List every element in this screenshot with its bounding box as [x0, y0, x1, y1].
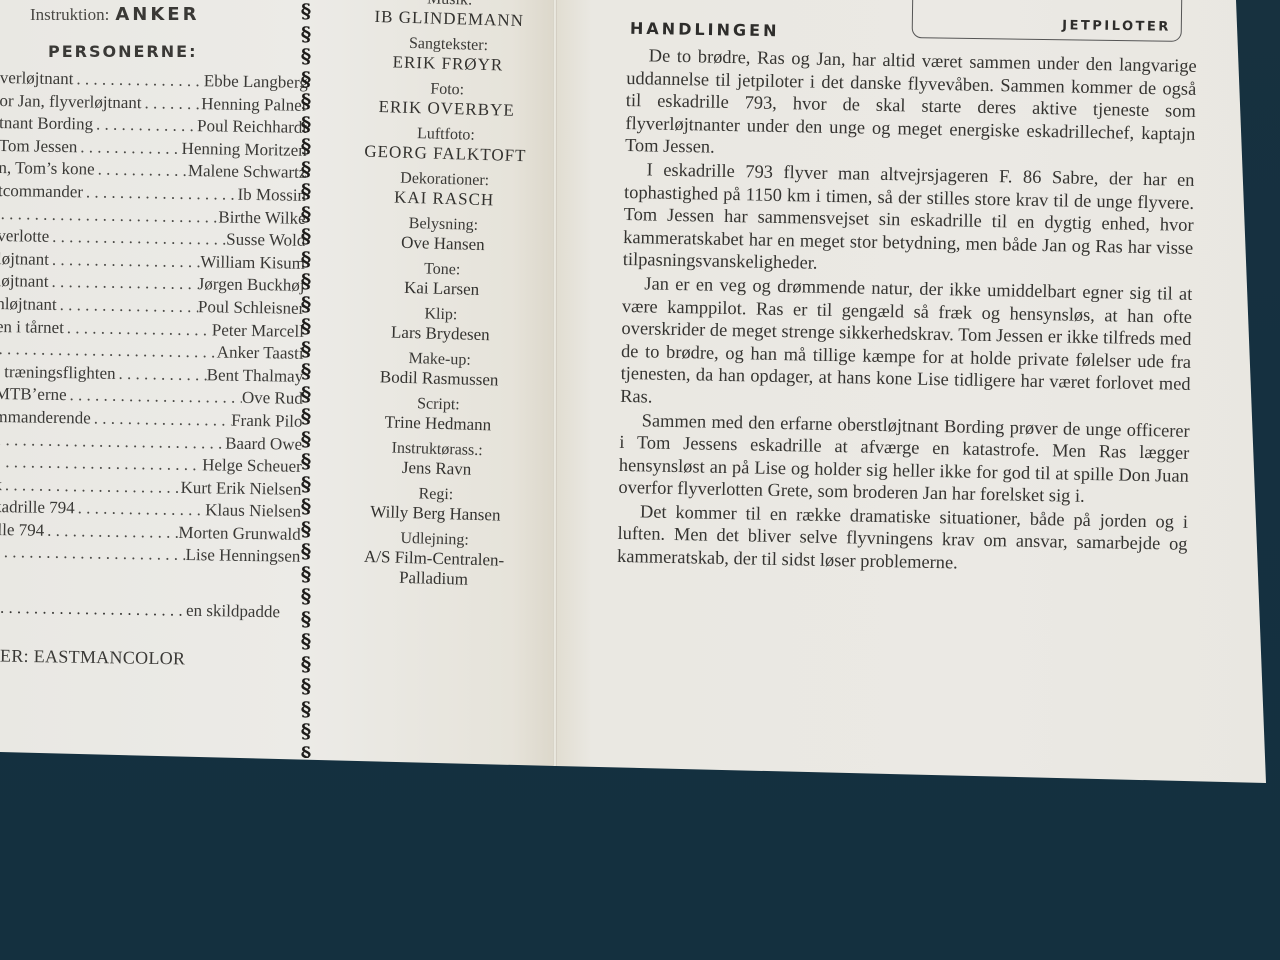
ornament-glyph: §: [301, 203, 311, 226]
leader-dots: [57, 294, 199, 319]
ornament-glyph: §: [301, 45, 311, 68]
cast-role: MTB’erne: [0, 383, 67, 407]
leader-dots: [0, 338, 217, 364]
cast-role: løjtnant: [0, 270, 49, 293]
leader-dots: [0, 598, 186, 621]
cast-role: en i tårnet: [0, 316, 64, 340]
leader-dots: [0, 451, 202, 477]
ornament-glyph: §: [301, 698, 311, 721]
credit-entry: Make-up:Bodil Rasmussen: [329, 347, 550, 392]
leader-dots: [75, 498, 206, 523]
left-page: Instruktion:ANKER PERSONERNE: verløjtnan…: [0, 0, 556, 780]
leader-dots: [0, 203, 219, 229]
synopsis-paragraph: Det kommer til en række dramatiske situa…: [617, 500, 1188, 579]
cast-actor: Frank Pilo: [231, 410, 305, 434]
credit-entry: Luftfoto:GEORG FALKTOFT: [335, 122, 556, 167]
cast-actor: Lise Henningsen: [185, 544, 302, 568]
synopsis-paragraph: Sammen med den erfarne oberstløjtnant Bo…: [618, 408, 1190, 509]
ornament-glyph: §: [301, 225, 311, 248]
cast-role: nløjtnant: [0, 293, 57, 317]
cast-actor: Klaus Nielsen: [205, 500, 303, 524]
ornamental-border: §§§§§§§§§§§§§§§§§§§§§§§§§§§§§§§§§§: [296, 0, 316, 758]
cast-actor: Malene Schwartz: [188, 160, 309, 184]
credit-entry: Klip:Lars Brydesen: [330, 302, 551, 347]
ornament-glyph: §: [301, 585, 311, 608]
cast-actor: Kurt Erik Nielsen: [180, 477, 303, 502]
cast-role: verløjtnant: [0, 67, 74, 91]
ornament-glyph: §: [301, 293, 311, 316]
cast-role: tnant Bording: [0, 112, 93, 136]
ornament-glyph: §: [301, 90, 311, 113]
ornament-glyph: §: [301, 248, 311, 271]
cast-actor: Bent Thalmay: [207, 364, 306, 388]
ornament-glyph: §: [301, 23, 311, 46]
credit-entry: Udlejning:A/S Film-Centralen- Palladium: [323, 527, 545, 592]
synopsis-paragraph: I eskadrille 793 flyver man altvejrsjage…: [623, 158, 1195, 282]
leader-dots: [91, 407, 232, 432]
credit-entry: Instruktørass.:Jens Ravn: [326, 437, 547, 482]
synopsis-heading: HANDLINGEN: [630, 19, 780, 41]
cast-actor: Helge Scheuer: [202, 454, 304, 478]
color-process-line: ER: EASTMANCOLOR: [0, 646, 185, 670]
cast-actor: Henning Palner: [201, 93, 310, 117]
cast-actor: William Kisum: [200, 251, 307, 275]
cast-actor: Jørgen Buckhøj: [198, 273, 307, 297]
cast-role: tcommander: [0, 180, 83, 204]
cast-role: i træningsflighten: [0, 361, 116, 385]
ornament-glyph: §: [301, 518, 311, 541]
director-name: ANKER: [115, 4, 199, 25]
synopsis-paragraph: De to brødre, Ras og Jan, har altid være…: [625, 44, 1197, 168]
crew-credits: Musik:IB GLINDEMANNSangtekster:ERIK FRØY…: [323, 0, 560, 598]
leader-dots: [94, 159, 188, 183]
leader-dots: [77, 136, 182, 160]
cast-role: mmanderende: [0, 406, 91, 430]
cast-actor: Morten Grunwald: [178, 522, 303, 547]
ornament-glyph: §: [301, 563, 311, 586]
cast-actor: Peter Marcell: [212, 319, 306, 343]
film-title-box: JETPILOTER: [912, 0, 1183, 42]
ornament-glyph: §: [301, 720, 311, 743]
ornament-glyph: §: [301, 0, 311, 23]
cast-role: verlotte: [0, 225, 49, 248]
director-label: Instruktion:: [30, 5, 109, 24]
ornament-glyph: §: [301, 743, 311, 759]
cast-row: Lise Henningsen: [0, 541, 303, 568]
cast-role: ille 794: [0, 519, 44, 542]
credit-entry: Script:Trine Hedmann: [328, 392, 549, 437]
ornament-glyph: §: [301, 180, 311, 203]
ornament-glyph: §: [301, 315, 311, 338]
cast-actor: Ebbe Langberg: [204, 70, 310, 94]
leader-dots: [73, 68, 204, 93]
synopsis-text: De to brødre, Ras og Jan, har altid være…: [617, 44, 1197, 580]
cast-actor: Anker Taasti: [217, 342, 306, 366]
cast-role: kadrille 794: [0, 496, 75, 520]
cast-actor: Poul Schleisner: [198, 296, 307, 320]
credit-entry: Belysning:Ove Hansen: [333, 212, 554, 257]
cast-role: or Jan, flyverløjtnant: [0, 90, 142, 115]
ornament-glyph: §: [301, 608, 311, 631]
leader-dots: [141, 92, 201, 116]
cast-role: n, Tom’s kone: [0, 157, 95, 181]
ornament-glyph: §: [301, 360, 311, 383]
cast-heading: PERSONERNE:: [48, 42, 197, 61]
credit-entry: Foto:ERIK OVERBYE: [336, 77, 557, 122]
leader-dots: [83, 181, 238, 206]
cast-role: Tom Jessen: [0, 135, 78, 159]
ornament-glyph: §: [301, 495, 311, 518]
ornament-glyph: §: [301, 428, 311, 451]
cast-actor: Henning Moritzen: [181, 138, 308, 163]
booklet-spine: [553, 0, 557, 766]
leader-dots: [66, 384, 242, 409]
credit-entry: Dekorationer:KAI RASCH: [334, 167, 555, 212]
ornament-glyph: §: [301, 540, 311, 563]
cast-extra-actor: en skildpadde: [186, 601, 280, 622]
ornament-glyph: §: [301, 405, 311, 428]
leader-dots: [0, 541, 186, 567]
cast-actor: Birthe Wilke: [218, 206, 308, 230]
ornament-glyph: §: [301, 338, 311, 361]
ornament-glyph: §: [301, 158, 311, 181]
ornament-glyph: §: [301, 135, 311, 158]
ornament-glyph: §: [301, 383, 311, 406]
leader-dots: [2, 474, 181, 499]
leader-dots: [49, 226, 226, 251]
credit-name: A/S Film-Centralen- Palladium: [323, 546, 544, 592]
credit-entry: Regi:Willy Berg Hansen: [325, 482, 546, 527]
ornament-glyph: §: [301, 653, 311, 676]
film-title: JETPILOTER: [1062, 18, 1171, 35]
synopsis-paragraph: Jan er en veg og drømmende natur, der ik…: [620, 272, 1192, 418]
credit-entry: Musik:IB GLINDEMANN: [339, 0, 560, 32]
director-line: Instruktion:ANKER: [30, 4, 199, 25]
cast-actor: Poul Reichhardt: [197, 115, 309, 139]
leader-dots: [44, 520, 179, 545]
credit-entry: Sangtekster:ERIK FRØYR: [338, 32, 559, 77]
cast-list: verløjtnantEbbe Langbergor Jan, flyverlø…: [0, 67, 310, 569]
ornament-glyph: §: [301, 113, 311, 136]
leader-dots: [115, 363, 206, 387]
ornament-glyph: §: [301, 68, 311, 91]
leader-dots: [93, 114, 197, 138]
cast-actor: Baard Owe: [225, 432, 304, 456]
ornament-glyph: §: [301, 630, 311, 653]
leader-dots: [49, 249, 201, 274]
ornament-glyph: §: [301, 450, 311, 473]
cast-role: løjtnant: [0, 248, 49, 271]
cast-extra-row: en skildpadde: [0, 598, 280, 622]
ornament-glyph: §: [301, 473, 311, 496]
leader-dots: [48, 271, 198, 296]
ornament-glyph: §: [301, 675, 311, 698]
credit-entry: Tone:Kai Larsen: [331, 257, 552, 302]
ornament-glyph: §: [301, 270, 311, 293]
leader-dots: [64, 317, 212, 342]
